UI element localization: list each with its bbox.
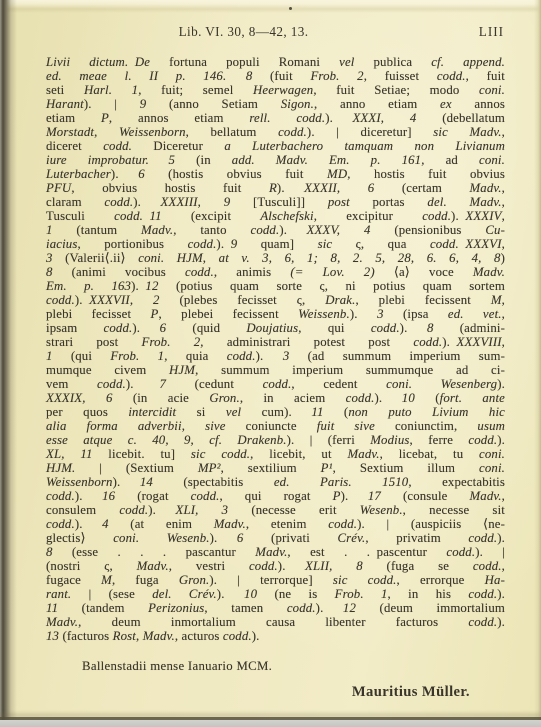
apparatus-line: vem codd.). 7 (cedunt codd., cedent coni… xyxy=(46,377,505,391)
apparatus-line: glectis⟩ coni. Wesenb.). 6 (privati Crév… xyxy=(46,531,505,545)
signature: Mauritius Müller. xyxy=(352,684,470,701)
apparatus-line: consulem codd.). XLI, 3 (necesse erit We… xyxy=(46,503,505,517)
apparatus-line: 8 (animi vocibus codd., animis (= Lov. 2… xyxy=(46,265,505,279)
apparatus-line: (nostri ς, Madv., vestri codd.). XLII, 8… xyxy=(46,559,505,573)
apparatus-line: Morstadt, Weissenborn, bellatum codd.). … xyxy=(46,125,505,139)
apparatus-line: Tusculi codd. 11 (excipit Alschefski, ex… xyxy=(46,209,505,223)
apparatus-line: HJM. | (Sextium MP², sextilium P¹, Sexti… xyxy=(46,461,505,475)
apparatus-line: claram codd.). XXXIII, 9 [Tusculi]] post… xyxy=(46,195,505,209)
apparatus-line: rant. | (sese del. Crév.). 10 (ne is Fro… xyxy=(46,587,505,601)
apparatus-line: 1 (qui Frob. 1, quia codd.). 3 (ad summu… xyxy=(46,349,505,363)
page-edge-top xyxy=(0,0,541,13)
apparatus-line: codd.). 4 (at enim Madv., etenim codd.).… xyxy=(46,517,505,531)
apparatus-line: strari post Frob. 2, administrari potest… xyxy=(46,335,505,349)
apparatus-line: XL, 11 licebit. tu] sic codd., licebit, … xyxy=(46,447,505,461)
apparatus-line: 11 (tandem Perizonius, tamen codd.). 12 … xyxy=(46,601,505,615)
apparatus-line: per quos intercidit si vel cum). 11 (non… xyxy=(46,405,505,419)
apparatus-line: XXXIX, 6 (in acie Gron., in aciem codd.)… xyxy=(46,391,505,405)
page-edge-right xyxy=(534,0,541,727)
apparatus-line: ipsam codd.). 6 (quid Doujatius, qui cod… xyxy=(46,321,505,335)
apparatus-line: ed. meae l. II p. 146. 8 (fuit Frob. 2, … xyxy=(46,69,505,83)
apparatus-line: alia forma adverbii, sive coniuncte fuit… xyxy=(46,419,505,433)
apparatus-line: 8 (esse . . . pascantur Madv., est . . p… xyxy=(46,545,505,559)
apparatus-line: diceret codd. Diceretur a Luterbachero t… xyxy=(46,139,505,153)
apparatus-line: codd.). 16 (rogat codd., qui rogat P). 1… xyxy=(46,489,505,503)
dateline: Ballenstadii mense Ianuario MCM. xyxy=(82,659,272,674)
apparatus-line: seti Harl. 1, fuit; semel Heerwagen, fui… xyxy=(46,83,505,97)
running-header: Lib. VI. 30, 8—42, 13. LIII xyxy=(46,24,505,40)
scan-speck xyxy=(289,7,292,10)
apparatus-line: etiam P, annos etiam rell. codd.). XXXI,… xyxy=(46,111,505,125)
apparatus-line: Weissenborn). 14 (spectabitis ed. Paris.… xyxy=(46,475,505,489)
apparatus-line: 1 (tantum Madv., tanto codd.). XXXV, 4 (… xyxy=(46,223,505,237)
apparatus-line: Em. p. 163). 12 (potius quam sorte ς, ni… xyxy=(46,279,505,293)
scanned-book-page: Lib. VI. 30, 8—42, 13. LIII Livii dictum… xyxy=(0,0,541,727)
apparatus-line: iure improbatur. 5 (in add. Madv. Em. p.… xyxy=(46,153,505,167)
apparatus-line: codd.). XXXVII, 2 (plebes fecisset ς, Dr… xyxy=(46,293,505,307)
apparatus-line: mumque civem HJM, summum imperium summum… xyxy=(46,363,505,377)
apparatus-line: 13 (facturos Rost, Madv., acturos codd.)… xyxy=(46,629,505,643)
scanner-background-strip xyxy=(0,720,541,727)
body-text: Livii dictum. De fortuna populi Romani v… xyxy=(46,55,505,647)
page-edge-left xyxy=(0,0,17,727)
apparatus-line: Madv., deum inmortalium causa libenter f… xyxy=(46,615,505,629)
apparatus-line: fugace M, fuga Gron.). | terrorque] sic … xyxy=(46,573,505,587)
apparatus-line: iacius, portionibus codd.). 9 quam] sic … xyxy=(46,237,505,251)
apparatus-line: Harant). | 9 (anno Setiam Sigon., anno e… xyxy=(46,97,505,111)
apparatus-line: 3 (Valerii⟨.ii⟩ coni. HJM, at v. 3, 6, 1… xyxy=(46,251,505,265)
page-number: LIII xyxy=(479,24,504,40)
apparatus-line: PFU, obvius hostis fuit R). XXXII, 6 (ce… xyxy=(46,181,505,195)
header-title: Lib. VI. 30, 8—42, 13. xyxy=(14,24,473,40)
apparatus-line: Luterbacher). 6 (hostis obvius fuit MD, … xyxy=(46,167,505,181)
apparatus-line: Livii dictum. De fortuna populi Romani v… xyxy=(46,55,505,69)
apparatus-line: plebi fecisset P, plebei fecissent Weiss… xyxy=(46,307,505,321)
apparatus-line: esse atque c. 40, 9, cf. Drakenb.). | (f… xyxy=(46,433,505,447)
